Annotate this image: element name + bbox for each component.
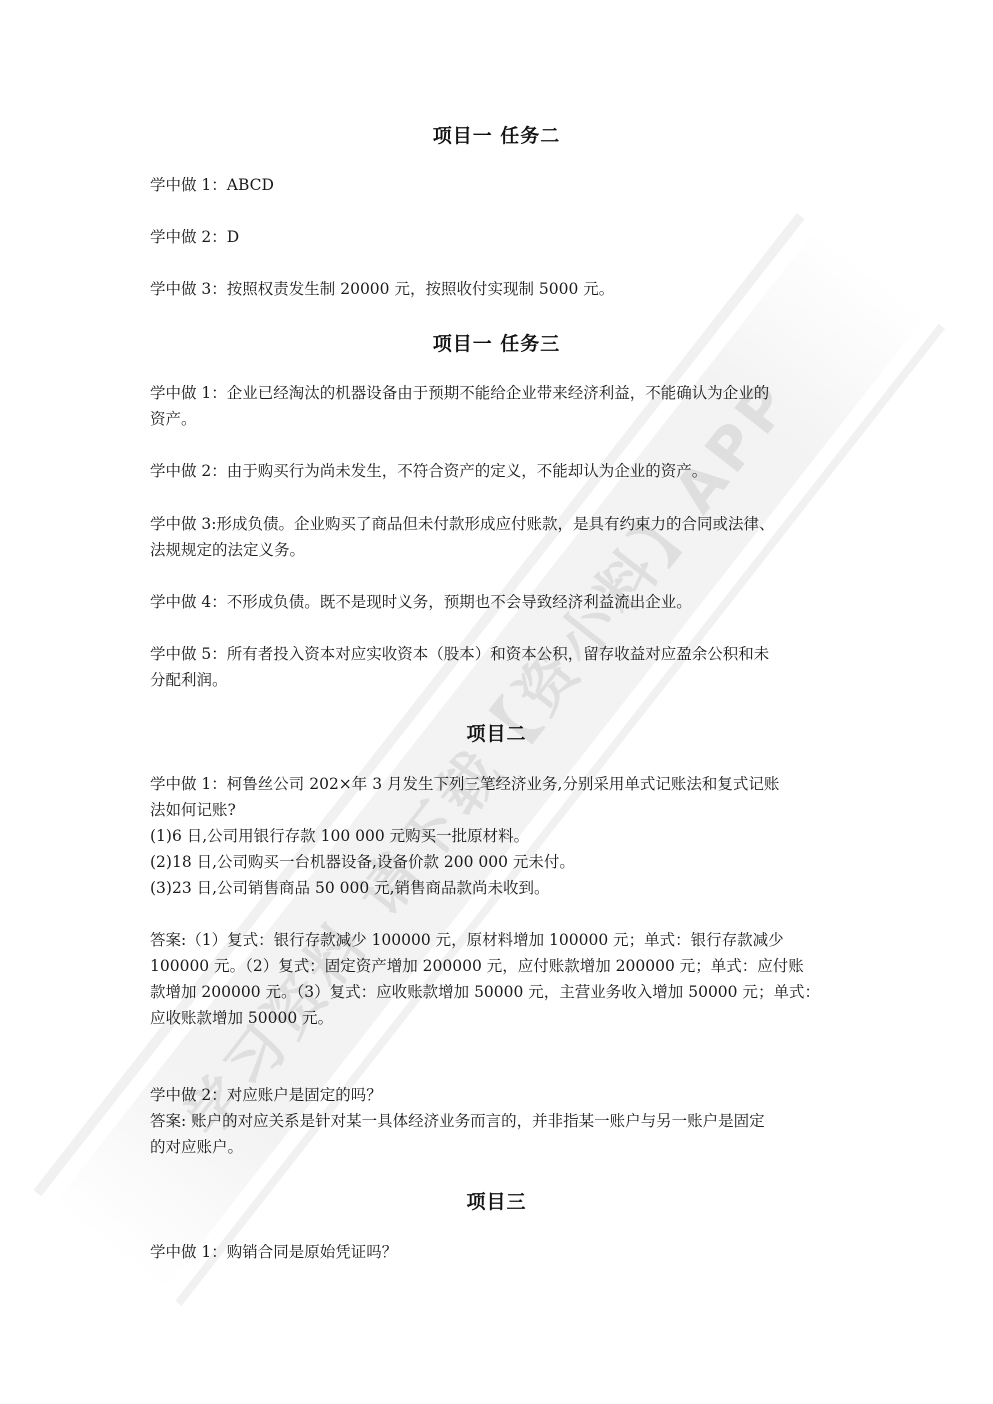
text-line: 应收账款增加 50000 元。	[150, 1005, 850, 1031]
text-line: 学中做 1：柯鲁丝公司 202×年 3 月发生下列三笔经济业务,分别采用单式记账…	[150, 771, 850, 797]
section-heading: 项目二	[0, 719, 993, 746]
text-line: 的对应账户。	[150, 1134, 850, 1160]
question-item: 学中做 2：对应账户是固定的吗？ 答案: 账户的对应关系是针对某一具体经济业务而…	[150, 1082, 850, 1160]
text-line: 分配利润。	[150, 667, 850, 693]
text-line: 学中做 3：按照权责发生制 20000 元，按照收付实现制 5000 元。	[150, 276, 850, 302]
section-heading: 项目一 任务三	[0, 329, 993, 356]
text-line: 学中做 2：由于购买行为尚未发生，不符合资产的定义，不能却认为企业的资产。	[150, 458, 850, 484]
text-line: 学中做 4：不形成负债。既不是现时义务，预期也不会导致经济利益流出企业。	[150, 589, 850, 615]
answer-item: 学中做 2：D	[150, 224, 850, 250]
text-line: (1)6 日,公司用银行存款 100 000 元购买一批原材料。	[150, 823, 850, 849]
question-item: 学中做 1：购销合同是原始凭证吗？	[150, 1239, 850, 1265]
text-line: 答案: 账户的对应关系是针对某一具体经济业务而言的，并非指某一账户与另一账户是固…	[150, 1108, 850, 1134]
section-heading: 项目三	[0, 1187, 993, 1214]
text-line: 学中做 2：D	[150, 224, 850, 250]
answer-item: 学中做 4：不形成负债。既不是现时义务，预期也不会导致经济利益流出企业。	[150, 589, 850, 615]
answer-item: 学中做 1：企业已经淘汰的机器设备由于预期不能给企业带来经济利益，不能确认为企业…	[150, 380, 850, 432]
document-page: 项目一 任务二 学中做 1：ABCD 学中做 2：D 学中做 3：按照权责发生制…	[0, 0, 993, 1404]
text-line: 学中做 1：ABCD	[150, 172, 850, 198]
text-line: 学中做 2：对应账户是固定的吗？	[150, 1082, 850, 1108]
text-line: (2)18 日,公司购买一台机器设备,设备价款 200 000 元未付。	[150, 849, 850, 875]
text-line: 学中做 3:形成负债。企业购买了商品但未付款形成应付账款，是具有约束力的合同或法…	[150, 511, 850, 537]
text-line: 学中做 1：企业已经淘汰的机器设备由于预期不能给企业带来经济利益，不能确认为企业…	[150, 380, 850, 406]
answer-item: 学中做 5：所有者投入资本对应实收资本（股本）和资本公积，留存收益对应盈余公积和…	[150, 641, 850, 693]
section-heading: 项目一 任务二	[0, 121, 993, 148]
text-line: 学中做 5：所有者投入资本对应实收资本（股本）和资本公积，留存收益对应盈余公积和…	[150, 641, 850, 667]
answer-item: 学中做 3:形成负债。企业购买了商品但未付款形成应付账款，是具有约束力的合同或法…	[150, 511, 850, 563]
question-item: 学中做 1：柯鲁丝公司 202×年 3 月发生下列三笔经济业务,分别采用单式记账…	[150, 771, 850, 901]
answer-item: 学中做 2：由于购买行为尚未发生，不符合资产的定义，不能却认为企业的资产。	[150, 458, 850, 484]
text-line: 资产。	[150, 406, 850, 432]
text-line: (3)23 日,公司销售商品 50 000 元,销售商品款尚未收到。	[150, 875, 850, 901]
answer-item: 答案:（1）复式：银行存款减少 100000 元，原材料增加 100000 元；…	[150, 927, 850, 1031]
text-line: 法如何记账?	[150, 797, 850, 823]
text-line: 款增加 200000 元。（3）复式：应收账款增加 50000 元，主营业务收入…	[150, 979, 850, 1005]
text-line: 答案:（1）复式：银行存款减少 100000 元，原材料增加 100000 元；…	[150, 927, 850, 953]
text-line: 学中做 1：购销合同是原始凭证吗？	[150, 1239, 850, 1265]
answer-item: 学中做 3：按照权责发生制 20000 元，按照收付实现制 5000 元。	[150, 276, 850, 302]
text-line: 法规规定的法定义务。	[150, 537, 850, 563]
answer-item: 学中做 1：ABCD	[150, 172, 850, 198]
text-line: 100000 元。（2）复式：固定资产增加 200000 元，应付账款增加 20…	[150, 953, 850, 979]
